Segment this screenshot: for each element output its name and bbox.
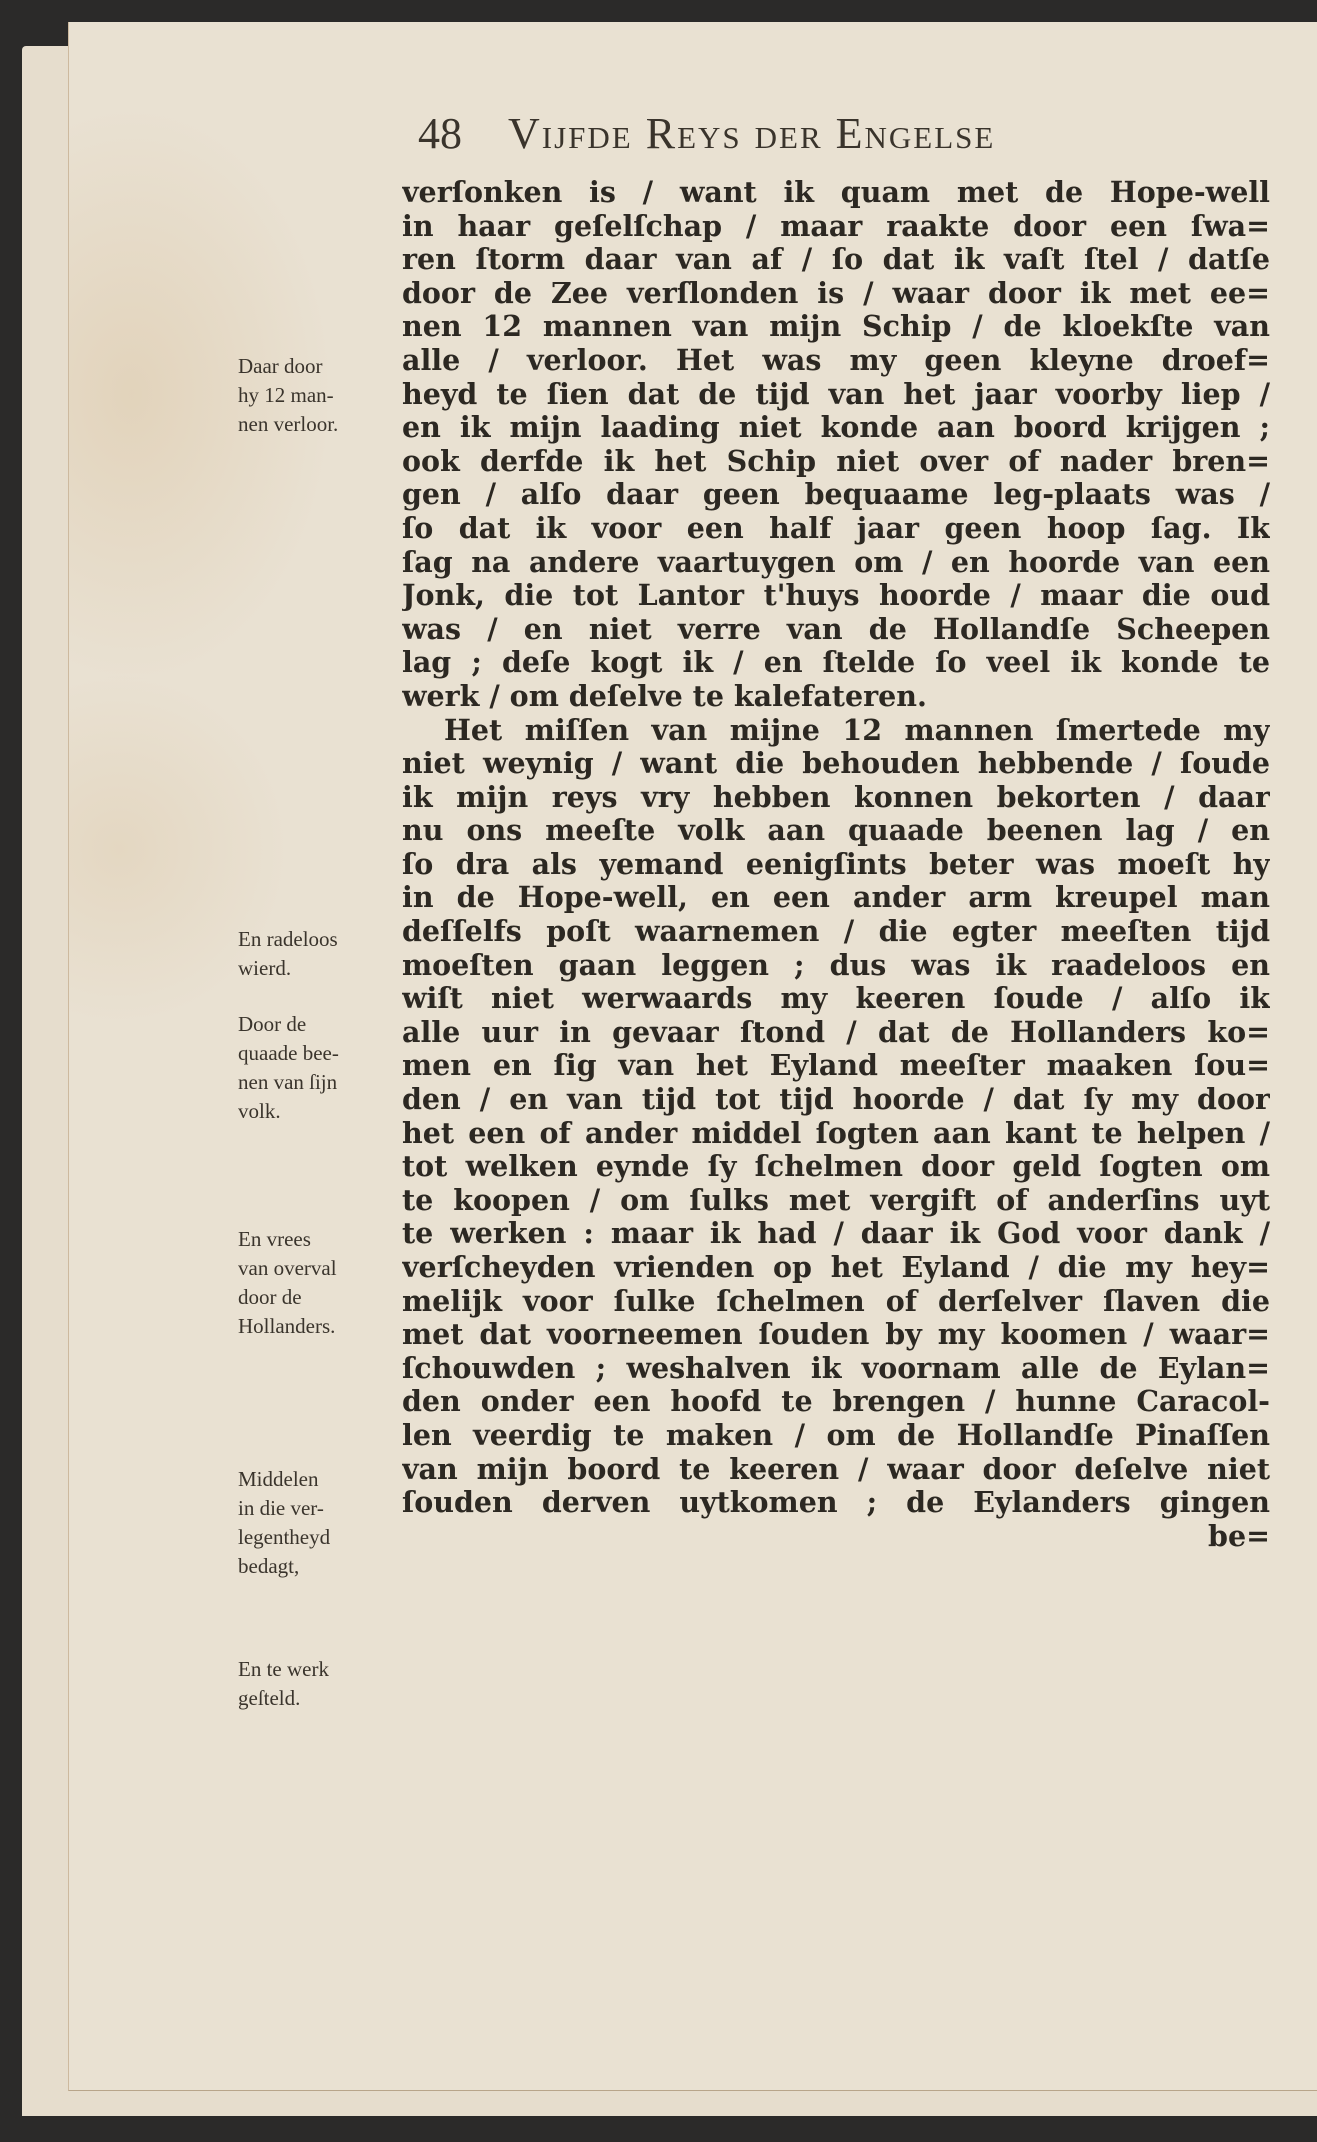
paragraph-start-line: Het miſſen van mijne 12 mannen ſmertede …: [402, 714, 1270, 748]
margin-note: En vrees van overval door de Hollanders.: [238, 1225, 337, 1341]
margin-note-line: van overval: [238, 1254, 337, 1283]
text-line: ſo dra als yemand eenigſints beter was m…: [402, 848, 1270, 882]
text-line: den / en van tijd tot tijd hoorde / dat …: [402, 1083, 1270, 1117]
text-line: alle uur in gevaar ſtond / dat de Hollan…: [402, 1016, 1270, 1050]
text-line: Jonk, die tot Lantor t'huys hoorde / maa…: [402, 579, 1270, 613]
text-line: heyd te ſien dat de tijd van het jaar vo…: [402, 378, 1270, 412]
text-line: met dat voorneemen ſouden by my koomen /…: [402, 1318, 1270, 1352]
margin-note-line: En radeloos: [238, 925, 338, 954]
text-line: te koopen / om ſulks met vergift of ande…: [402, 1184, 1270, 1218]
text-line: was / en niet verre van de Hollandſe Sch…: [402, 613, 1270, 647]
text-line: ſchouwden ; weshalven ik voornam alle de…: [402, 1352, 1270, 1386]
text-line: en ik mijn laading niet konde aan boord …: [402, 411, 1270, 445]
margin-note-line: wierd.: [238, 954, 338, 983]
margin-note-line: Hollanders.: [238, 1312, 337, 1341]
text-line: verſcheyden vrienden op het Eyland / die…: [402, 1251, 1270, 1285]
text-line: werk / om deſelve te kalefateren.: [402, 680, 1270, 714]
margin-note-line: in die ver-: [238, 1494, 330, 1523]
text-line: ren ſtorm daar van af / ſo dat ik vaſt ſ…: [402, 243, 1270, 277]
text-line: in haar geſelſchap / maar raakte door ee…: [402, 210, 1270, 244]
margin-note-line: En vrees: [238, 1225, 337, 1254]
text-line: moeſten gaan leggen ; dus was ik raadelo…: [402, 949, 1270, 983]
text-line: den onder een hoofd te brengen / hunne C…: [402, 1385, 1270, 1419]
margin-note-line: volk.: [238, 1097, 339, 1126]
text-line: in de Hope-well, en een ander arm kreupe…: [402, 881, 1270, 915]
margin-note-line: quaade bee-: [238, 1039, 339, 1068]
text-line: alle / verloor. Het was my geen kleyne d…: [402, 344, 1270, 378]
text-line: ſo dat ik voor een half jaar geen hoop ſ…: [402, 512, 1270, 546]
catchword: be=: [402, 1520, 1270, 1554]
text-line: ſouden derven uytkomen ; de Eylanders gi…: [402, 1486, 1270, 1520]
text-line: melijk voor ſulke ſchelmen of derſelver …: [402, 1285, 1270, 1319]
running-title: Vijfde Reys der Engelse: [508, 108, 995, 159]
margin-note-line: hy 12 man-: [238, 381, 338, 410]
text-line: het een of ander middel ſogten aan kant …: [402, 1117, 1270, 1151]
main-text-block: verſonken is / want ik quam met de Hope-…: [402, 176, 1270, 1553]
text-line: len veerdig te maken / om de Hollandſe P…: [402, 1419, 1270, 1453]
text-line: nen 12 mannen van mijn Schip / de kloekſ…: [402, 310, 1270, 344]
margin-note: Middelen in die ver- legentheyd bedagt,: [238, 1465, 330, 1581]
margin-note-line: geſteld.: [238, 1684, 329, 1713]
margin-note-line: door de: [238, 1283, 337, 1312]
margin-note: Door de quaade bee- nen van ſijn volk.: [238, 1010, 339, 1126]
text-line: van mijn boord te keeren / waar door deſ…: [402, 1453, 1270, 1487]
margin-note-line: bedagt,: [238, 1552, 330, 1581]
text-line: niet weynig / want die behouden hebbende…: [402, 747, 1270, 781]
margin-note: En radeloos wierd.: [238, 925, 338, 983]
margin-note-line: Door de: [238, 1010, 339, 1039]
text-line: ook derfde ik het Schip niet over of nad…: [402, 445, 1270, 479]
margin-note-line: En te werk: [238, 1655, 329, 1684]
text-line: wiſt niet werwaards my keeren ſoude / al…: [402, 982, 1270, 1016]
page-header: 48 Vijfde Reys der Engelse: [418, 108, 995, 168]
page-number: 48: [418, 108, 462, 159]
text-line: men en ſig van het Eyland meeſter maaken…: [402, 1049, 1270, 1083]
text-line: nu ons meeſte volk aan quaade beenen lag…: [402, 814, 1270, 848]
text-line: verſonken is / want ik quam met de Hope-…: [402, 176, 1270, 210]
margin-note: Daar door hy 12 man- nen verloor.: [238, 352, 338, 439]
text-line: ſag na andere vaartuygen om / en hoorde …: [402, 546, 1270, 580]
text-line: door de Zee verſlonden is / waar door ik…: [402, 277, 1270, 311]
margin-note-line: nen van ſijn: [238, 1068, 339, 1097]
text-line: te werken : maar ik had / daar ik God vo…: [402, 1217, 1270, 1251]
text-line: gen / alſo daar geen bequaame leg-plaats…: [402, 478, 1270, 512]
text-line: tot welken eynde ſy ſchelmen door geld ſ…: [402, 1150, 1270, 1184]
margin-note-line: legentheyd: [238, 1523, 330, 1552]
margin-note-line: Middelen: [238, 1465, 330, 1494]
margin-note: En te werk geſteld.: [238, 1655, 329, 1713]
margin-note-line: nen verloor.: [238, 410, 338, 439]
text-line: ik mijn reys vry hebben konnen bekorten …: [402, 781, 1270, 815]
margin-note-line: Daar door: [238, 352, 338, 381]
text-line: deſſelfs poſt waarnemen / die egter meeſ…: [402, 915, 1270, 949]
text-line: lag ; deſe kogt ik / en ſtelde ſo veel i…: [402, 646, 1270, 680]
